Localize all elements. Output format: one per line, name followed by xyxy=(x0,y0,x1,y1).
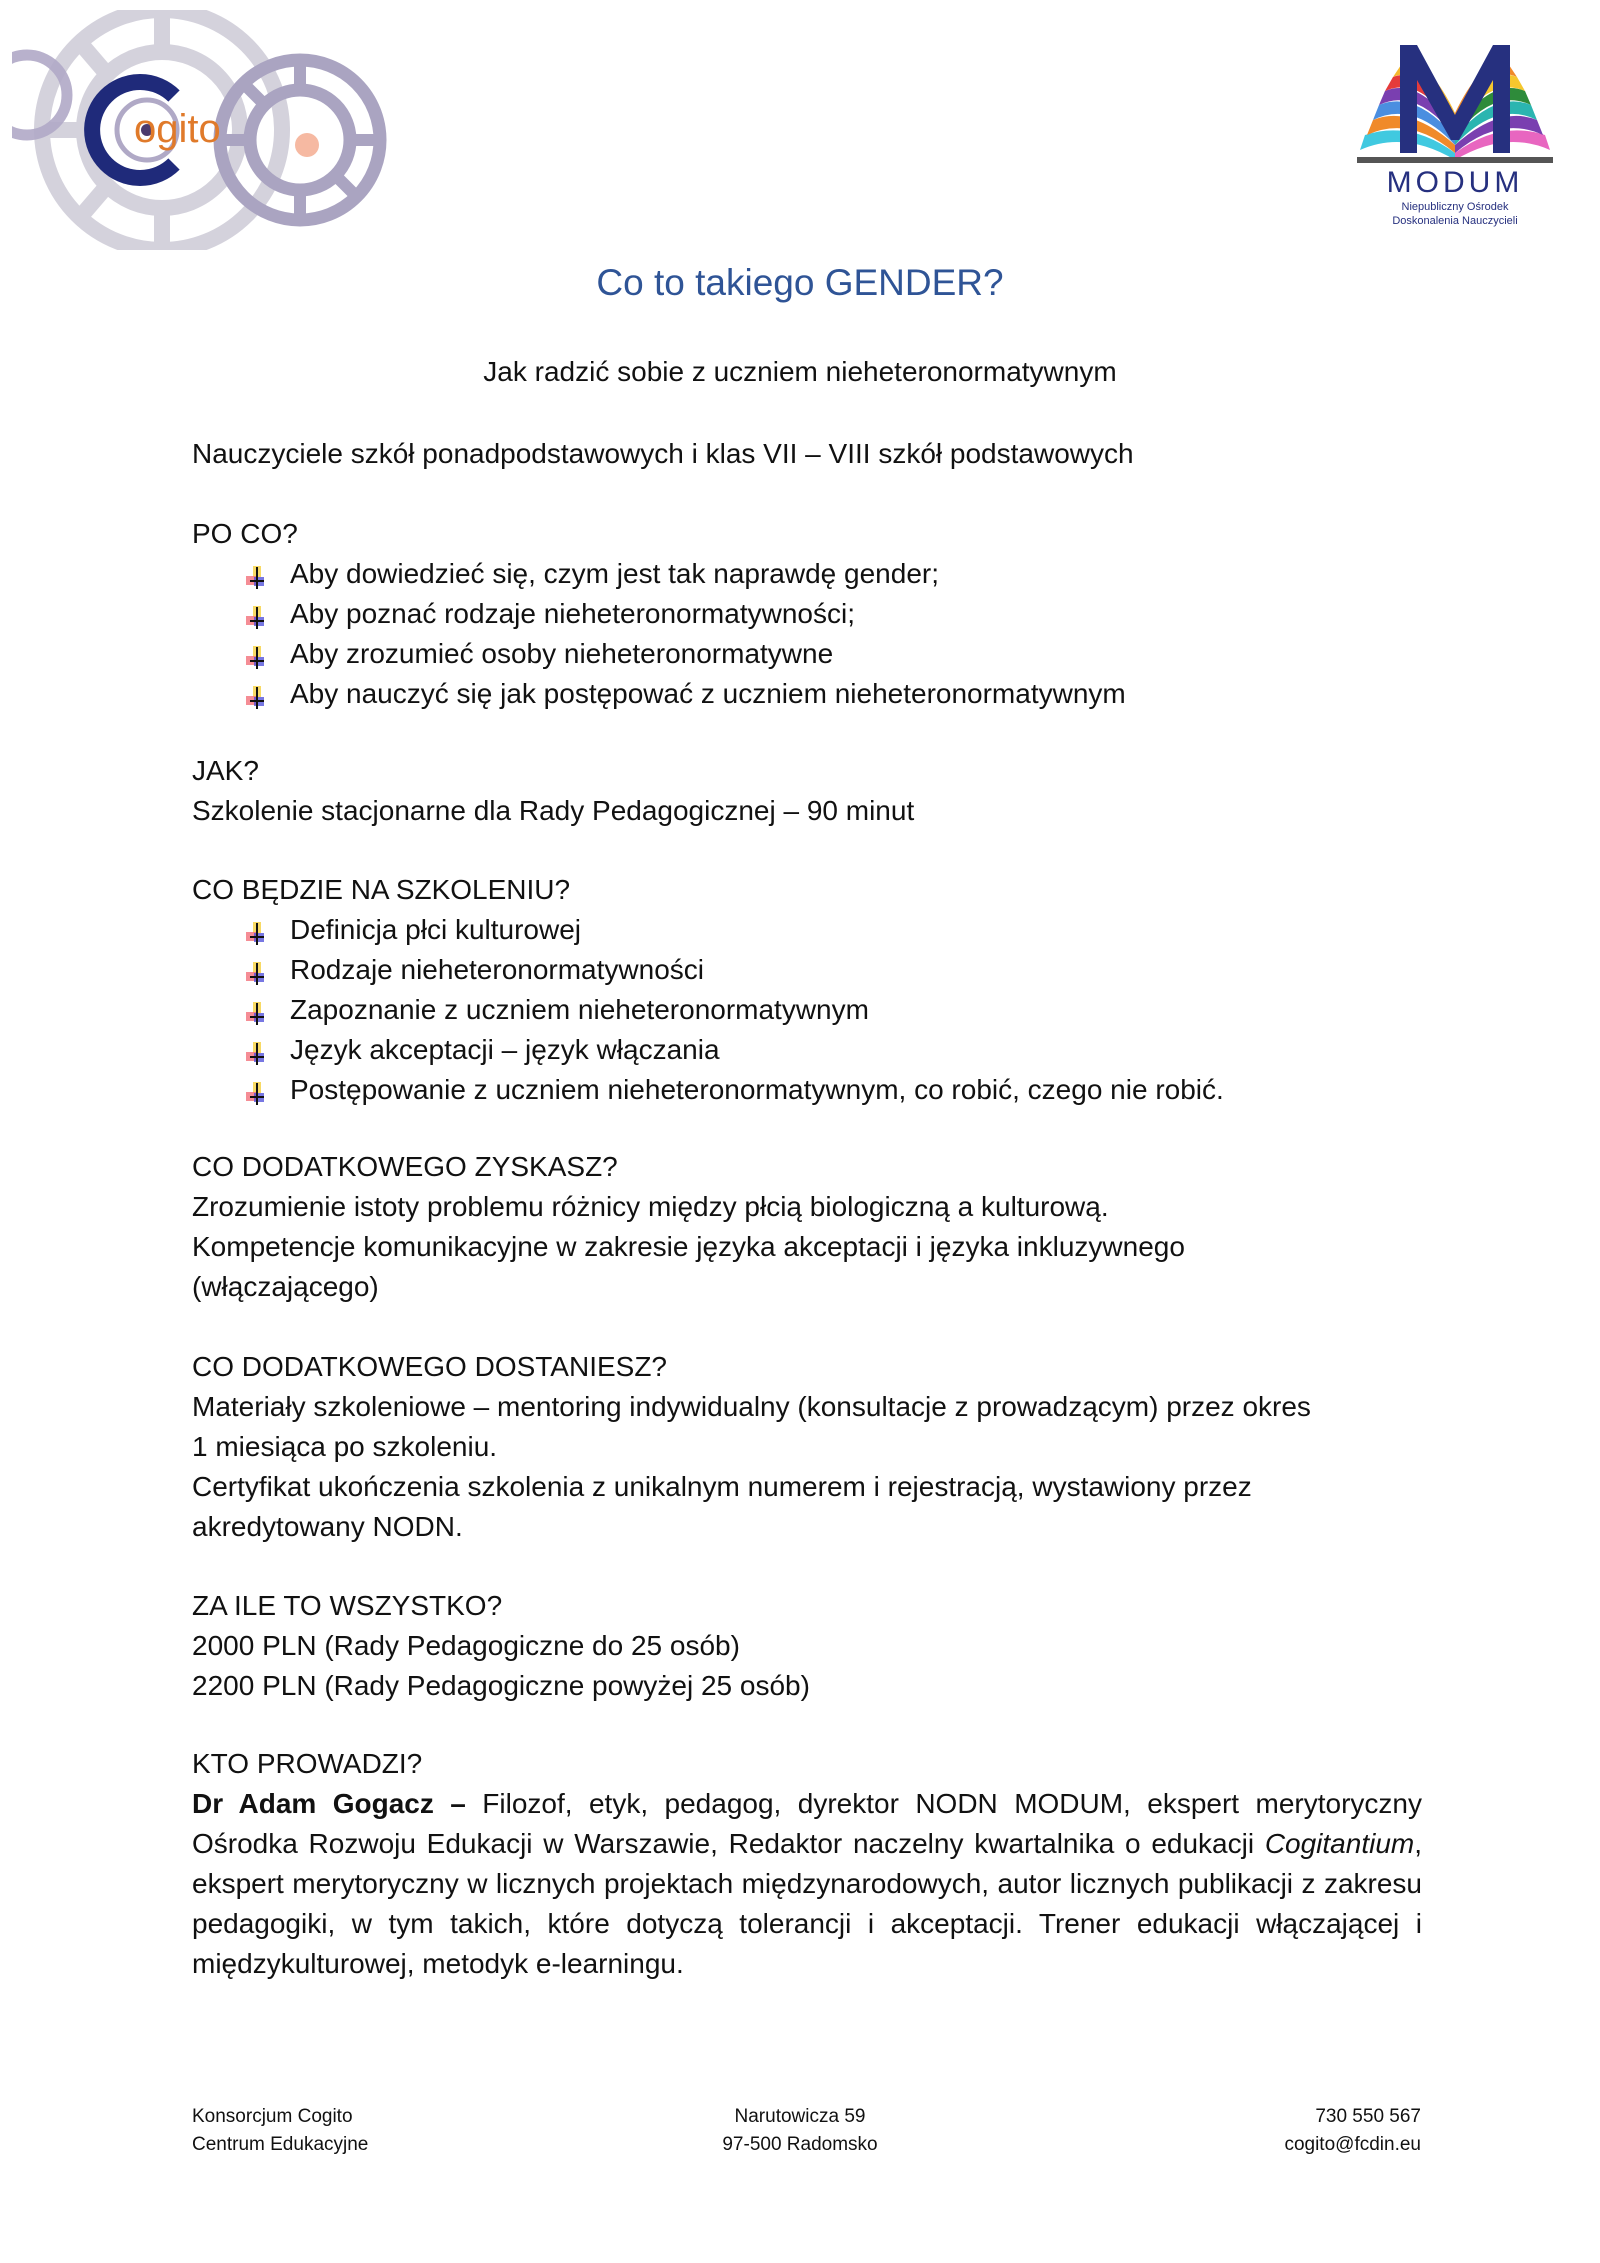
section-heading: ZA ILE TO WSZYSTKO? xyxy=(192,1586,1422,1626)
footer-email[interactable]: cogito@fcdin.eu xyxy=(1000,2131,1421,2159)
section-prowadzi: KTO PROWADZI? Dr Adam Gogacz – Filozof, … xyxy=(192,1744,1422,1984)
arrow-down-bullet-icon xyxy=(244,1078,270,1104)
modum-book-logo-icon: MODUM Niepubliczny Ośrodek Doskonalenia … xyxy=(1355,35,1555,230)
section-line: akredytowany NODN. xyxy=(192,1507,1422,1547)
svg-text:Niepubliczny Ośrodek: Niepubliczny Ośrodek xyxy=(1402,201,1509,213)
section-heading: CO DODATKOWEGO ZYSKASZ? xyxy=(192,1147,1422,1187)
section-line: Zrozumienie istoty problemu różnicy międ… xyxy=(192,1187,1422,1227)
section-line: 1 miesiąca po szkoleniu. xyxy=(192,1427,1422,1467)
price-line: 2200 PLN (Rady Pedagogiczne powyżej 25 o… xyxy=(192,1666,1422,1706)
trainer-bio: Dr Adam Gogacz – Filozof, etyk, pedagog,… xyxy=(192,1784,1422,1984)
list-item: Zapoznanie z uczniem nieheteronormatywny… xyxy=(192,990,1422,1030)
section-line: Materiały szkoleniowe – mentoring indywi… xyxy=(192,1387,1422,1427)
section-po-co: PO CO? Aby dowiedzieć się, czym jest tak… xyxy=(192,514,1422,714)
section-zyskasz: CO DODATKOWEGO ZYSKASZ? Zrozumienie isto… xyxy=(192,1147,1422,1307)
arrow-down-bullet-icon xyxy=(244,918,270,944)
section-line: Kompetencje komunikacyjne w zakresie jęz… xyxy=(192,1227,1422,1267)
arrow-down-bullet-icon xyxy=(244,998,270,1024)
list-item: Postępowanie z uczniem nieheteronormatyw… xyxy=(192,1070,1422,1110)
list-item: Rodzaje nieheteronormatywności xyxy=(192,950,1422,990)
list-item: Aby poznać rodzaje nieheteronormatywnośc… xyxy=(192,594,1422,634)
section-line: (włączającego) xyxy=(192,1267,1422,1307)
section-text: Szkolenie stacjonarne dla Rady Pedagogic… xyxy=(192,791,1422,831)
section-co-bedzie: CO BĘDZIE NA SZKOLENIU? Definicja płci k… xyxy=(192,870,1422,1110)
section-heading: JAK? xyxy=(192,751,1422,791)
co-bedzie-list: Definicja płci kulturowej Rodzaje niehet… xyxy=(192,910,1422,1110)
section-cena: ZA ILE TO WSZYSTKO? 2000 PLN (Rady Pedag… xyxy=(192,1586,1422,1706)
journal-name: Cogitantium xyxy=(1265,1828,1414,1859)
section-heading: PO CO? xyxy=(192,514,1422,554)
section-jak: JAK? Szkolenie stacjonarne dla Rady Peda… xyxy=(192,751,1422,831)
cogito-logo: ogito xyxy=(12,10,392,250)
list-item: Definicja płci kulturowej xyxy=(192,910,1422,950)
footer-contact: 730 550 567 cogito@fcdin.eu xyxy=(1000,2103,1421,2159)
list-item: Język akceptacji – język włączania xyxy=(192,1030,1422,1070)
list-item: Aby nauczyć się jak postępować z uczniem… xyxy=(192,674,1422,714)
arrow-down-bullet-icon xyxy=(244,642,270,668)
section-line: Certyfikat ukończenia szkolenia z unikal… xyxy=(192,1467,1422,1507)
arrow-down-bullet-icon xyxy=(244,562,270,588)
footer-phone: 730 550 567 xyxy=(1000,2103,1421,2131)
arrow-down-bullet-icon xyxy=(244,958,270,984)
page-title: Co to takiego GENDER? xyxy=(0,262,1600,304)
section-heading: KTO PROWADZI? xyxy=(192,1744,1422,1784)
section-dostaniesz: CO DODATKOWEGO DOSTANIESZ? Materiały szk… xyxy=(192,1347,1422,1547)
svg-text:Doskonalenia Nauczycieli: Doskonalenia Nauczycieli xyxy=(1392,215,1517,227)
arrow-down-bullet-icon xyxy=(244,602,270,628)
arrow-down-bullet-icon xyxy=(244,1038,270,1064)
audience-text: Nauczyciele szkół ponadpodstawowych i kl… xyxy=(192,434,1422,474)
po-co-list: Aby dowiedzieć się, czym jest tak napraw… xyxy=(192,554,1422,714)
trainer-name: Dr Adam Gogacz xyxy=(192,1788,434,1819)
list-item: Aby dowiedzieć się, czym jest tak napraw… xyxy=(192,554,1422,594)
arrow-down-bullet-icon xyxy=(244,682,270,708)
price-line: 2000 PLN (Rady Pedagogiczne do 25 osób) xyxy=(192,1626,1422,1666)
section-heading: CO BĘDZIE NA SZKOLENIU? xyxy=(192,870,1422,910)
svg-text:MODUM: MODUM xyxy=(1387,166,1524,199)
svg-text:ogito: ogito xyxy=(134,107,221,151)
section-heading: CO DODATKOWEGO DOSTANIESZ? xyxy=(192,1347,1422,1387)
cogito-logo-icon: ogito xyxy=(12,10,392,250)
page-subtitle: Jak radzić sobie z uczniem nieheteronorm… xyxy=(0,356,1600,388)
list-item: Aby zrozumieć osoby nieheteronormatywne xyxy=(192,634,1422,674)
modum-logo: MODUM Niepubliczny Ośrodek Doskonalenia … xyxy=(1355,35,1555,230)
